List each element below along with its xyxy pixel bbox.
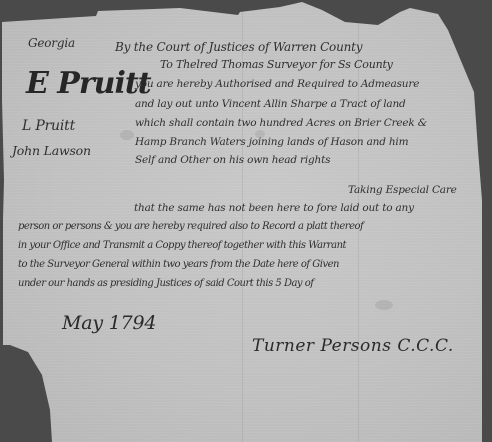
manuscript-page: Georgia E Pruitt L Pruitt John Lawson By… [0,0,492,442]
court-heading: By the Court of Justices of Warren Count… [115,40,362,54]
signature-e-pruitt: E Pruitt [26,66,151,101]
body-line-10: to the Surveyor General within two years… [18,259,339,270]
body-line-6: Taking Especial Care [348,184,457,196]
body-line-4: Hamp Branch Waters joining lands of Haso… [135,136,408,148]
body-line-1: you are hereby Authorised and Required t… [135,78,419,90]
document-viewer: Georgia E Pruitt L Pruitt John Lawson By… [0,0,492,442]
ink-blot [120,130,134,140]
clerk-signature: Turner Persons C.C.C. [252,336,454,356]
address-line: To Thelred Thomas Surveyor for Ss County [160,58,393,71]
stain [375,300,393,310]
body-line-5: Self and Other on his own head rights [135,154,330,166]
body-line-11: under our hands as presiding Justices of… [18,278,313,289]
body-line-3: which shall contain two hundred Acres on… [135,117,427,129]
document-date: May 1794 [62,312,156,334]
signature-l-pruitt: L Pruitt [22,118,75,134]
body-line-8: person or persons & you are hereby requi… [18,221,363,232]
signature-john-lawson: John Lawson [12,143,91,158]
body-line-7: that the same has not been here to fore … [134,202,414,214]
margin-state: Georgia [28,36,75,50]
body-line-2: and lay out unto Vincent Allin Sharpe a … [135,98,406,110]
body-line-9: in your Office and Transmit a Coppy ther… [18,240,346,251]
